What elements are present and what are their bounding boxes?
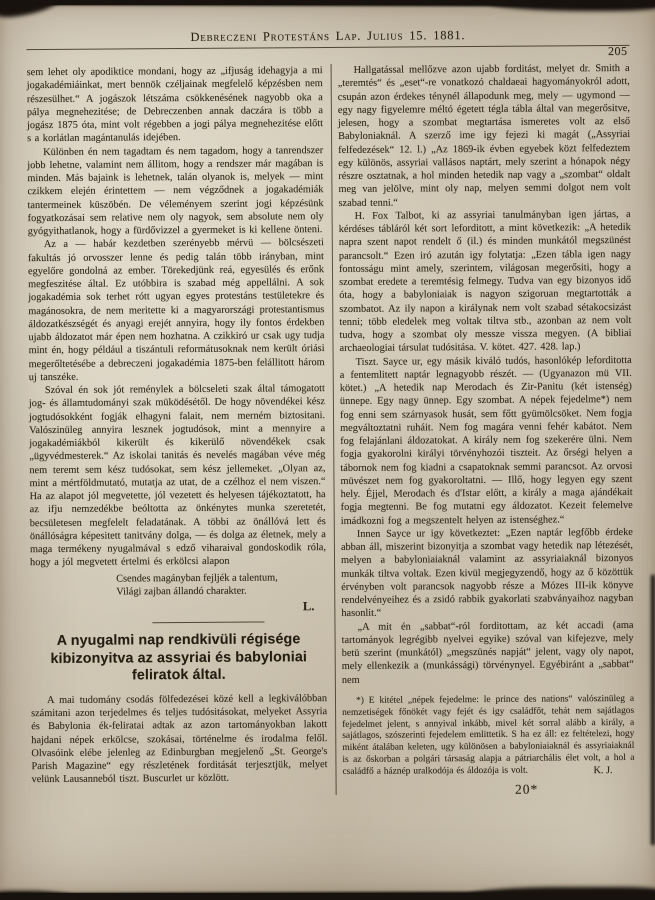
scan-edge-right — [651, 575, 655, 845]
column-right: Hallgatással mellőzve azon ujabb forditá… — [338, 62, 635, 799]
column-left: sem lehet oly apodiktice mondani, hogy a… — [27, 64, 328, 801]
masthead-title: Debreczeni Protestáns Lap. Julius 15. 18… — [26, 27, 629, 46]
body-paragraph: Az a — habár kezdetben szerényebb mérvü … — [28, 236, 325, 384]
column-layout: sem lehet oly apodiktice mondani, hogy a… — [27, 62, 635, 801]
verse-line: Világi zajban állandó charakter. — [116, 584, 326, 599]
body-paragraph: Tiszt. Sayce ur, egy másik kiváló tudós,… — [340, 353, 633, 527]
body-paragraph: Szóval én sok jót reménylek a bölcseleti… — [29, 382, 326, 570]
masthead: Debreczeni Protestáns Lap. Julius 15. 18… — [26, 27, 629, 55]
scanned-page: { "colors": { "paper": "#d7cfbe", "ink":… — [0, 0, 655, 900]
scan-corner-bottom-right — [470, 887, 655, 900]
masthead-rule — [26, 45, 629, 50]
author-initial: L. — [30, 599, 326, 616]
body-paragraph: Hallgatással mellőzve azon ujabb forditá… — [338, 62, 631, 210]
section-divider-rule — [152, 622, 264, 624]
body-paragraph: sem lehet oly apodiktice mondani, hogy a… — [27, 64, 324, 146]
column-divider-rule — [331, 64, 337, 795]
page-content: Debreczeni Protestáns Lap. Julius 15. 18… — [26, 27, 634, 801]
body-paragraph: A mai tudomány csodás fölfedezései közé … — [31, 692, 328, 787]
body-paragraph: „A mit én „sabbat“-ról forditottam, az k… — [341, 618, 633, 686]
footnote-block: *) E kitétel „népek fejedelme: le prince… — [342, 694, 635, 778]
body-paragraph: Innen Sayce ur igy következtet: „Ezen na… — [341, 526, 634, 621]
body-paragraph: H. Fox Talbot, ki az assyriai tanulmányb… — [339, 208, 632, 356]
masthead-page-number: 205 — [608, 44, 628, 59]
article-heading: A nyugalmi nap rendkivüli régisége kibiz… — [33, 631, 325, 686]
sheet-signature-mark: 20* — [381, 781, 655, 799]
body-paragraph: Különben én nem tagadtam és nem tagadom,… — [27, 144, 324, 239]
verse-block: Csendes magányban fejljék a talentum, Vi… — [116, 571, 326, 599]
